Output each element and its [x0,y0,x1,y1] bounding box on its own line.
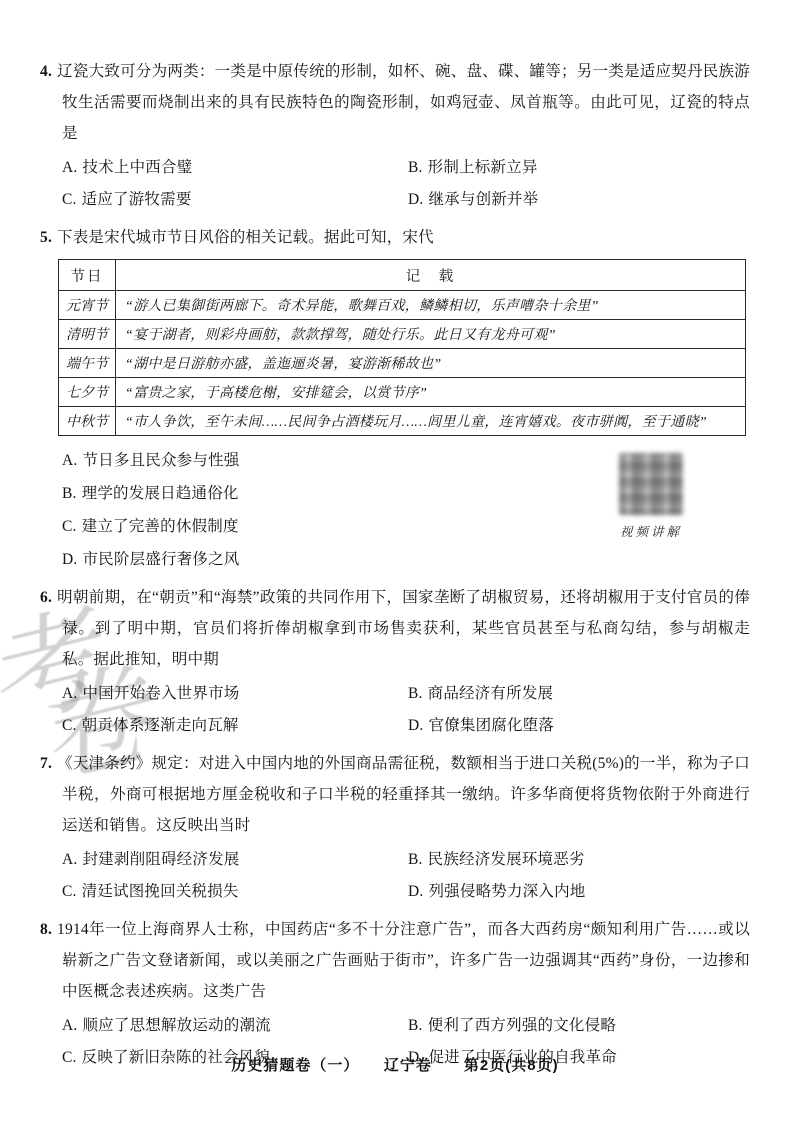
qr-code-label: 视频讲解 [615,522,687,540]
option-text: 适应了游牧需要 [82,191,192,208]
record-cell: “游人已集御街两廊下。奇术异能，歌舞百戏，鳞鳞相切，乐声嘈杂十余里” [116,291,746,320]
question-6: 6.明朝前期，在“朝贡”和“海禁”政策的共同作用下，国家垄断了胡椒贸易，还将胡椒… [40,582,750,741]
question-text: 1914年一位上海商界人士称，中国药店“多不十分注意广告”，而各大西药房“颇知利… [57,921,750,1000]
option-label: B. [408,685,423,702]
option-label: A. [62,685,77,702]
option-label: B. [408,1017,423,1034]
festival-cell: 七夕节 [59,378,116,407]
festival-records-table: 节日 记 载 元宵节 “游人已集御街两廊下。奇术异能，歌舞百戏，鳞鳞相切，乐声嘈… [58,259,746,436]
question-stem: 5.下表是宋代城市节日风俗的相关记载。据此可知，宋代 [40,222,750,253]
question-number: 5. [40,229,52,246]
festival-cell: 端午节 [59,349,116,378]
option-text: 官僚集团腐化堕落 [428,717,554,734]
option-label: A. [62,1017,77,1034]
option-label: C. [62,518,77,535]
option-text: 形制上标新立异 [428,159,538,176]
option-label: D. [408,191,423,208]
question-number: 7. [40,755,52,772]
table-row: 七夕节 “富贵之家，于高楼危榭，安排筵会，以赏节序” [59,378,746,407]
exam-page: 考 卷 4.辽瓷大致可分为两类：一类是中原传统的形制，如杯、碗、盘、碟、罐等；另… [0,0,790,1124]
option-a: A.封建剥削阻碍经济发展 [62,844,408,875]
record-cell: “富贵之家，于高楼危榭，安排筵会，以赏节序” [116,378,746,407]
question-text: 《天津条约》规定：对进入中国内地的外国商品需征税，数额相当于进口关税(5%)的一… [57,755,750,834]
option-d: D.列强侵略势力深入内地 [408,876,750,907]
question-number: 6. [40,589,52,606]
question-stem: 6.明朝前期，在“朝贡”和“海禁”政策的共同作用下，国家垄断了胡椒贸易，还将胡椒… [40,582,750,675]
table-row: 清明节 “宴于湖者，则彩舟画舫，款款撑驾，随处行乐。此日又有龙舟可观” [59,320,746,349]
question-5: 5.下表是宋代城市节日风俗的相关记载。据此可知，宋代 节日 记 载 元宵节 “游… [40,222,750,575]
option-label: A. [62,452,77,469]
question-4: 4.辽瓷大致可分为两类：一类是中原传统的形制，如杯、碗、盘、碟、罐等；另一类是适… [40,56,750,215]
option-d: D.继承与创新并举 [408,184,750,215]
option-c: C.清廷试图挽回关税损失 [62,876,408,907]
option-b: B.民族经济发展环境恶劣 [408,844,750,875]
options-grid: A.封建剥削阻碍经济发展 B.民族经济发展环境恶劣 C.清廷试图挽回关税损失 D… [40,844,750,907]
option-label: D. [62,551,77,568]
option-label: A. [62,159,77,176]
option-text: 技术上中西合璧 [82,159,192,176]
options-grid: A.中国开始卷入世界市场 B.商品经济有所发展 C.朝贡体系逐渐走向瓦解 D.官… [40,678,750,741]
question-stem: 8.1914年一位上海商界人士称，中国药店“多不十分注意广告”，而各大西药房“颇… [40,914,750,1007]
option-text: 市民阶层盛行奢侈之风 [82,551,239,568]
option-label: C. [62,717,77,734]
qr-code-icon [619,453,683,515]
video-explainer: 视频讲解 [615,453,687,540]
question-text: 辽瓷大致可分为两类：一类是中原传统的形制，如杯、碗、盘、碟、罐等；另一类是适应契… [57,63,750,142]
festival-cell: 中秋节 [59,407,116,436]
table-header-festival: 节日 [59,260,116,291]
options-grid: A.技术上中西合璧 B.形制上标新立异 C.适应了游牧需要 D.继承与创新并举 [40,152,750,215]
option-text: 列强侵略势力深入内地 [428,883,585,900]
option-text: 继承与创新并举 [428,191,538,208]
question-text: 下表是宋代城市节日风俗的相关记载。据此可知，宋代 [57,229,434,246]
record-cell: “湖中是日游舫亦盛，盖迤逦炎暑，宴游渐稀故也” [116,349,746,378]
option-text: 建立了完善的休假制度 [82,518,239,535]
option-label: C. [62,883,77,900]
option-text: 清廷试图挽回关税损失 [82,883,239,900]
option-a: A.顺应了思想解放运动的潮流 [62,1010,408,1041]
page-footer: 历史猜题卷（一） 辽宁卷 第2页(共8页) [0,1054,790,1075]
option-label: D. [408,883,423,900]
option-text: 节日多且民众参与性强 [82,452,239,469]
table-row: 元宵节 “游人已集御街两廊下。奇术异能，歌舞百戏，鳞鳞相切，乐声嘈杂十余里” [59,291,746,320]
record-cell: “市人争饮，至午未间……民间争占酒楼玩月……闾里儿童，连宵嬉戏。夜市骈阗，至于通… [116,407,746,436]
question-8: 8.1914年一位上海商界人士称，中国药店“多不十分注意广告”，而各大西药房“颇… [40,914,750,1073]
question-text: 明朝前期，在“朝贡”和“海禁”政策的共同作用下，国家垄断了胡椒贸易，还将胡椒用于… [57,589,750,668]
option-b: B.商品经济有所发展 [408,678,750,709]
option-text: 顺应了思想解放运动的潮流 [82,1017,270,1034]
question-number: 8. [40,921,52,938]
option-text: 朝贡体系逐渐走向瓦解 [82,717,239,734]
option-text: 理学的发展日趋通俗化 [82,485,239,502]
options-list: A.节日多且民众参与性强 B.理学的发展日趋通俗化 C.建立了完善的休假制度 D… [40,445,750,575]
option-text: 民族经济发展环境恶劣 [428,851,585,868]
option-label: B. [62,485,77,502]
option-text: 商品经济有所发展 [428,685,554,702]
question-number: 4. [40,63,52,80]
option-d: D.官僚集团腐化堕落 [408,710,750,741]
option-text: 封建剥削阻碍经济发展 [82,851,239,868]
festival-cell: 清明节 [59,320,116,349]
option-label: B. [408,851,423,868]
question-stem: 7.《天津条约》规定：对进入中国内地的外国商品需征税，数额相当于进口关税(5%)… [40,748,750,841]
table-row: 中秋节 “市人争饮，至午未间……民间争占酒楼玩月……闾里儿童，连宵嬉戏。夜市骈阗… [59,407,746,436]
option-b: B.便利了西方列强的文化侵略 [408,1010,750,1041]
table-row: 端午节 “湖中是日游舫亦盛，盖迤逦炎暑，宴游渐稀故也” [59,349,746,378]
option-text: 中国开始卷入世界市场 [82,685,239,702]
option-d: D.市民阶层盛行奢侈之风 [62,544,750,575]
table-header-record: 记 载 [116,260,746,291]
question-7: 7.《天津条约》规定：对进入中国内地的外国商品需征税，数额相当于进口关税(5%)… [40,748,750,907]
option-a: A.技术上中西合璧 [62,152,408,183]
option-b: B.形制上标新立异 [408,152,750,183]
option-label: B. [408,159,423,176]
option-label: A. [62,851,77,868]
option-a: A.中国开始卷入世界市场 [62,678,408,709]
option-c: C.朝贡体系逐渐走向瓦解 [62,710,408,741]
page-content: 4.辽瓷大致可分为两类：一类是中原传统的形制，如杯、碗、盘、碟、罐等；另一类是适… [0,0,790,1073]
option-c: C.适应了游牧需要 [62,184,408,215]
table-header-row: 节日 记 载 [59,260,746,291]
record-cell: “宴于湖者，则彩舟画舫，款款撑驾，随处行乐。此日又有龙舟可观” [116,320,746,349]
festival-cell: 元宵节 [59,291,116,320]
option-text: 便利了西方列强的文化侵略 [428,1017,616,1034]
option-label: D. [408,717,423,734]
question-stem: 4.辽瓷大致可分为两类：一类是中原传统的形制，如杯、碗、盘、碟、罐等；另一类是适… [40,56,750,149]
option-label: C. [62,191,77,208]
